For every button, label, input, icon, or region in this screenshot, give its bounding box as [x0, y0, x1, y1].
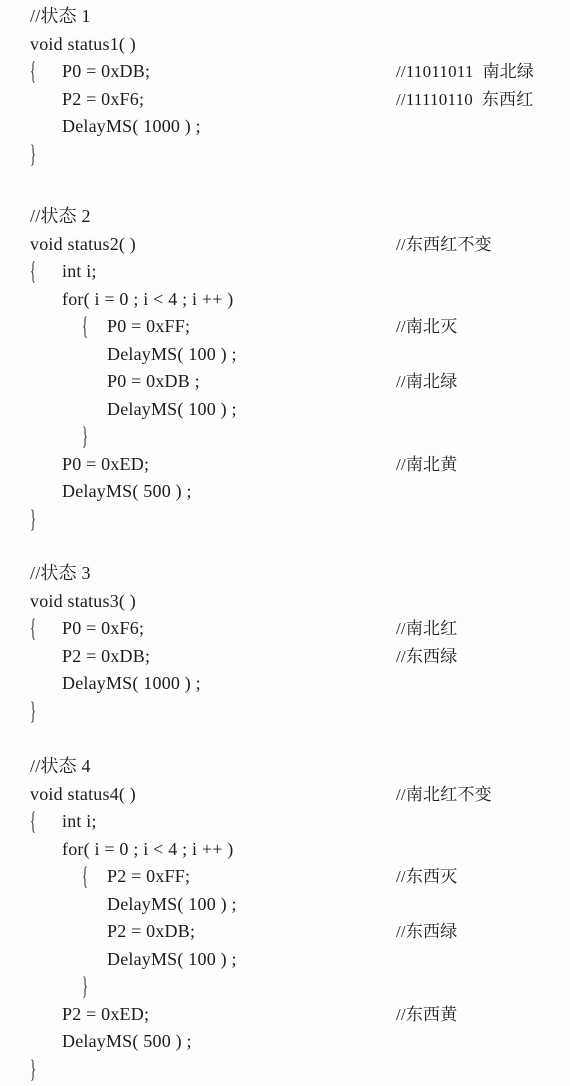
section-title: //状态 3: [30, 560, 91, 588]
comment-text: //南北绿: [396, 368, 457, 396]
code-text: P0 = 0xED;: [62, 451, 149, 479]
code-text: P0 = 0xDB ;: [107, 368, 200, 396]
code-listing: //状态 1void status1( ){P0 = 0xDB;//110110…: [0, 3, 570, 1083]
section-title: //状态 1: [30, 3, 91, 31]
code-text: P0 = 0xF6;: [62, 615, 144, 643]
document-page: //状态 1void status1( ){P0 = 0xDB;//110110…: [0, 0, 570, 1086]
comment-text: //东西灭: [396, 863, 457, 891]
code-line: {P0 = 0xDB;//11011011 南北绿: [0, 58, 570, 86]
comment-text: //南北黄: [396, 451, 457, 479]
code-line: for( i = 0 ; i < 4 ; i ++ ): [0, 836, 570, 864]
code-section: //状态 1void status1( ){P0 = 0xDB;//110110…: [0, 3, 570, 168]
comment-text: //南北红: [396, 615, 457, 643]
code-text: void status2( ): [30, 231, 136, 259]
code-line: }: [0, 698, 570, 726]
code-text: DelayMS( 100 ) ;: [107, 946, 237, 974]
code-text: P2 = 0xED;: [62, 1001, 149, 1029]
code-section: //状态 2void status2( )//东西红不变{int i;for( …: [0, 203, 570, 533]
comment-text: //11011011 南北绿: [396, 58, 534, 86]
code-text: for( i = 0 ; i < 4 ; i ++ ): [62, 836, 234, 864]
code-text: DelayMS( 500 ) ;: [62, 1028, 192, 1056]
code-text: P2 = 0xF6;: [62, 86, 144, 114]
code-line: //状态 4: [0, 753, 570, 781]
code-line: //状态 1: [0, 3, 570, 31]
open-brace: {: [30, 615, 36, 643]
close-brace: }: [30, 141, 36, 169]
comment-text: //南北红不变: [396, 781, 492, 809]
comment-text: //11110110 东西红: [396, 86, 533, 114]
code-text: void status1( ): [30, 31, 136, 59]
code-text: DelayMS( 500 ) ;: [62, 478, 192, 506]
open-brace: {: [82, 313, 88, 341]
code-line: }: [0, 506, 570, 534]
code-line: DelayMS( 1000 ) ;: [0, 113, 570, 141]
code-line: P0 = 0xED;//南北黄: [0, 451, 570, 479]
code-line: {int i;: [0, 258, 570, 286]
comment-text: //东西绿: [396, 643, 457, 671]
code-text: P2 = 0xDB;: [62, 643, 150, 671]
code-line: {P2 = 0xFF;//东西灭: [0, 863, 570, 891]
code-text: void status3( ): [30, 588, 136, 616]
code-section: //状态 4void status4( )//南北红不变{int i;for( …: [0, 753, 570, 1083]
open-brace: {: [30, 808, 36, 836]
code-line: void status1( ): [0, 31, 570, 59]
code-line: void status3( ): [0, 588, 570, 616]
code-text: P2 = 0xFF;: [107, 863, 190, 891]
code-line: {int i;: [0, 808, 570, 836]
comment-text: //东西黄: [396, 1001, 457, 1029]
code-line: P0 = 0xDB ;//南北绿: [0, 368, 570, 396]
comment-text: //南北灭: [396, 313, 457, 341]
code-line: DelayMS( 100 ) ;: [0, 341, 570, 369]
code-line: }: [0, 1056, 570, 1084]
code-line: for( i = 0 ; i < 4 ; i ++ ): [0, 286, 570, 314]
code-text: DelayMS( 1000 ) ;: [62, 670, 201, 698]
section-title: //状态 4: [30, 753, 91, 781]
close-brace: }: [82, 423, 88, 451]
code-line: void status2( )//东西红不变: [0, 231, 570, 259]
code-text: void status4( ): [30, 781, 136, 809]
code-line: DelayMS( 500 ) ;: [0, 1028, 570, 1056]
open-brace: {: [82, 863, 88, 891]
code-line: DelayMS( 1000 ) ;: [0, 670, 570, 698]
code-line: P2 = 0xF6;//11110110 东西红: [0, 86, 570, 114]
code-line: P2 = 0xDB;//东西绿: [0, 643, 570, 671]
comment-text: //东西绿: [396, 918, 457, 946]
code-line: }: [0, 423, 570, 451]
code-text: int i;: [62, 808, 97, 836]
code-line: //状态 3: [0, 560, 570, 588]
code-line: }: [0, 973, 570, 1001]
code-line: DelayMS( 100 ) ;: [0, 946, 570, 974]
code-line: {P0 = 0xFF;//南北灭: [0, 313, 570, 341]
open-brace: {: [30, 258, 36, 286]
code-text: DelayMS( 1000 ) ;: [62, 113, 201, 141]
code-text: DelayMS( 100 ) ;: [107, 891, 237, 919]
code-line: DelayMS( 100 ) ;: [0, 891, 570, 919]
code-text: for( i = 0 ; i < 4 ; i ++ ): [62, 286, 234, 314]
code-line: }: [0, 141, 570, 169]
code-line: {P0 = 0xF6;//南北红: [0, 615, 570, 643]
code-text: int i;: [62, 258, 97, 286]
comment-text: //东西红不变: [396, 231, 492, 259]
code-line: void status4( )//南北红不变: [0, 781, 570, 809]
code-line: P2 = 0xED;//东西黄: [0, 1001, 570, 1029]
close-brace: }: [30, 506, 36, 534]
close-brace: }: [30, 1056, 36, 1084]
code-line: DelayMS( 500 ) ;: [0, 478, 570, 506]
code-text: DelayMS( 100 ) ;: [107, 396, 237, 424]
section-title: //状态 2: [30, 203, 91, 231]
code-line: DelayMS( 100 ) ;: [0, 396, 570, 424]
close-brace: }: [30, 698, 36, 726]
code-section: //状态 3void status3( ){P0 = 0xF6;//南北红P2 …: [0, 560, 570, 725]
code-text: DelayMS( 100 ) ;: [107, 341, 237, 369]
code-line: P2 = 0xDB;//东西绿: [0, 918, 570, 946]
code-text: P2 = 0xDB;: [107, 918, 195, 946]
open-brace: {: [30, 58, 36, 86]
code-line: //状态 2: [0, 203, 570, 231]
code-text: P0 = 0xFF;: [107, 313, 190, 341]
code-text: P0 = 0xDB;: [62, 58, 150, 86]
close-brace: }: [82, 973, 88, 1001]
